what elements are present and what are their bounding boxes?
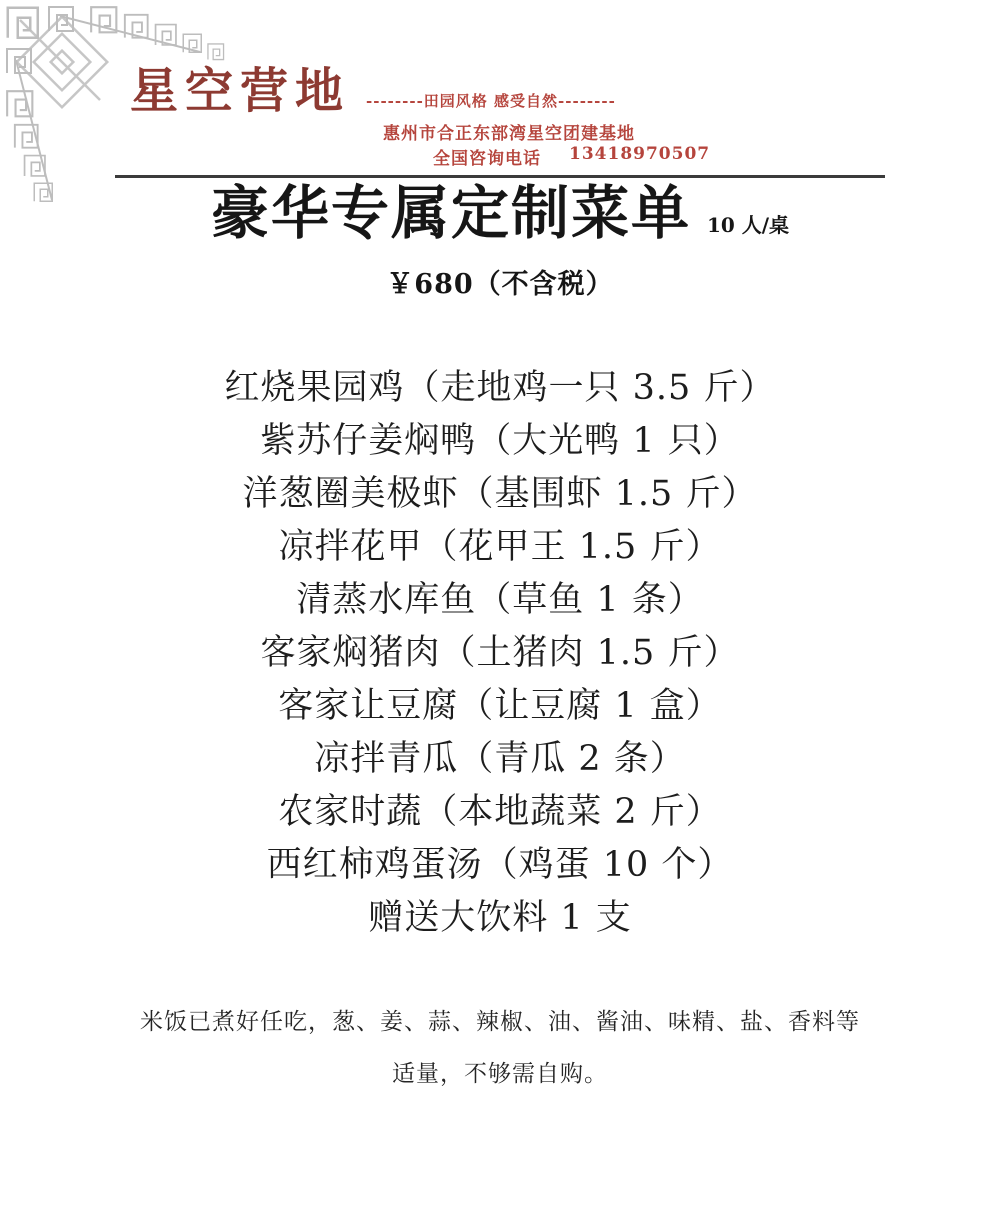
footnote-line: 米饭已煮好任吃，葱、姜、蒜、辣椒、油、酱油、味精、盐、香料等 (0, 996, 1000, 1048)
menu-item-list: 红烧果园鸡（走地鸡一只 3.5 斤） 紫苏仔姜焖鸭（大光鸭 1 只） 洋葱圈美极… (0, 362, 1000, 945)
menu-item: 西红柿鸡蛋汤（鸡蛋 10 个） (0, 839, 1000, 892)
menu-item: 洋葱圈美极虾（基围虾 1.5 斤） (0, 468, 1000, 521)
menu-item: 清蒸水库鱼（草鱼 1 条） (0, 574, 1000, 627)
menu-item: 凉拌青瓜（青瓜 2 条） (0, 733, 1000, 786)
menu-item: 农家时蔬（本地蔬菜 2 斤） (0, 786, 1000, 839)
page-title: 豪华专属定制菜单 (211, 182, 691, 246)
menu-item: 红烧果园鸡（走地鸡一只 3.5 斤） (0, 362, 1000, 415)
brand-logo-text: 星空营地 (130, 52, 350, 121)
menu-item: 客家让豆腐（让豆腐 1 盒） (0, 680, 1000, 733)
footnote-line: 适量，不够需自购。 (0, 1048, 1000, 1100)
menu-item: 客家焖猪肉（土猪肉 1.5 斤） (0, 627, 1000, 680)
price-label: ￥680（不含税） (0, 262, 1000, 301)
menu-page: 星空营地 --------田园风格 感受自然-------- 惠州市合正东部湾星… (0, 0, 1000, 1216)
company-address: 惠州市合正东部湾星空团建基地 (383, 119, 635, 144)
brand-tagline: --------田园风格 感受自然-------- (366, 90, 616, 111)
menu-item: 凉拌花甲（花甲王 1.5 斤） (0, 521, 1000, 574)
header-divider (115, 175, 885, 178)
menu-item: 紫苏仔姜焖鸭（大光鸭 1 只） (0, 415, 1000, 468)
capacity-label: 10 人/桌 (707, 209, 789, 238)
phone-number: 13418970507 (569, 144, 710, 169)
phone-row: 全国咨询电话 13418970507 (433, 144, 710, 169)
footnote: 米饭已煮好任吃，葱、姜、蒜、辣椒、油、酱油、味精、盐、香料等 适量，不够需自购。 (0, 996, 1000, 1100)
title-row: 豪华专属定制菜单 10 人/桌 (0, 182, 1000, 246)
phone-label: 全国咨询电话 (433, 144, 541, 169)
menu-item: 赠送大饮料 1 支 (0, 892, 1000, 945)
